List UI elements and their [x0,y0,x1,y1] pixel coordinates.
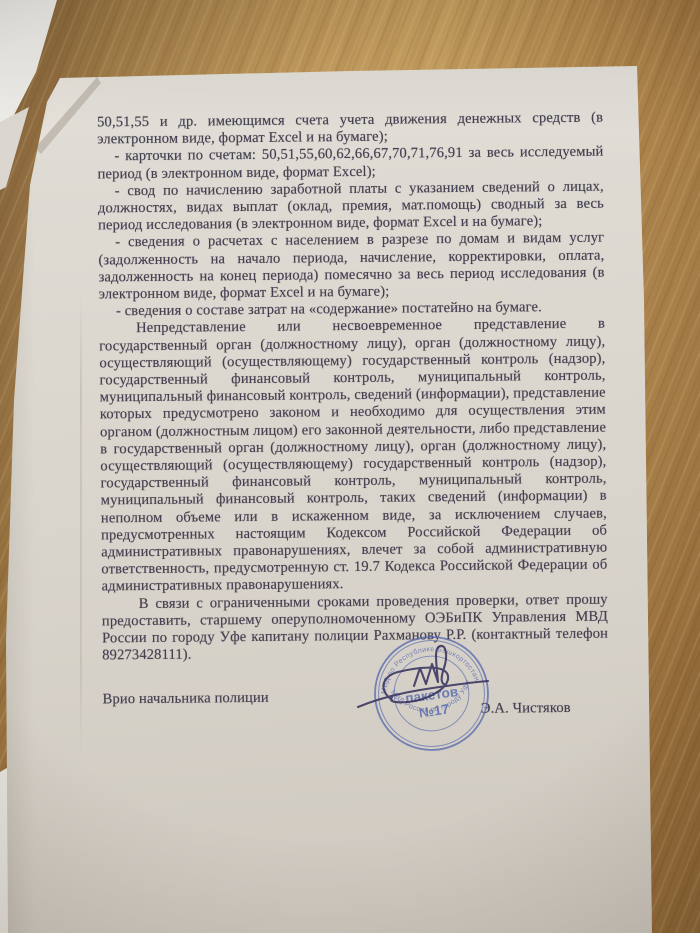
document-page: 50,51,55 и др. имеющимся счета учета дви… [0,0,700,933]
document-paragraph: 50,51,55 и др. имеющимся счета учета дви… [97,110,603,149]
signatory-position: Врио начальника полиции [103,689,269,708]
document-paragraph: - сведения о расчетах с населением в раз… [98,230,605,304]
document-text: 50,51,55 и др. имеющимся счета учета дви… [97,110,609,709]
document-paragraph: - свод по начислению заработной платы с … [98,178,604,234]
photo-scene: 50,51,55 и др. имеющимся счета учета дви… [0,0,700,933]
handwritten-signature [340,620,560,740]
document-paragraph: - карточки по счетам: 50,51,55,60,62,66,… [97,144,603,183]
paper-crease [80,290,82,760]
document-paragraph: Непредставление или несвоевременное пред… [99,316,608,596]
